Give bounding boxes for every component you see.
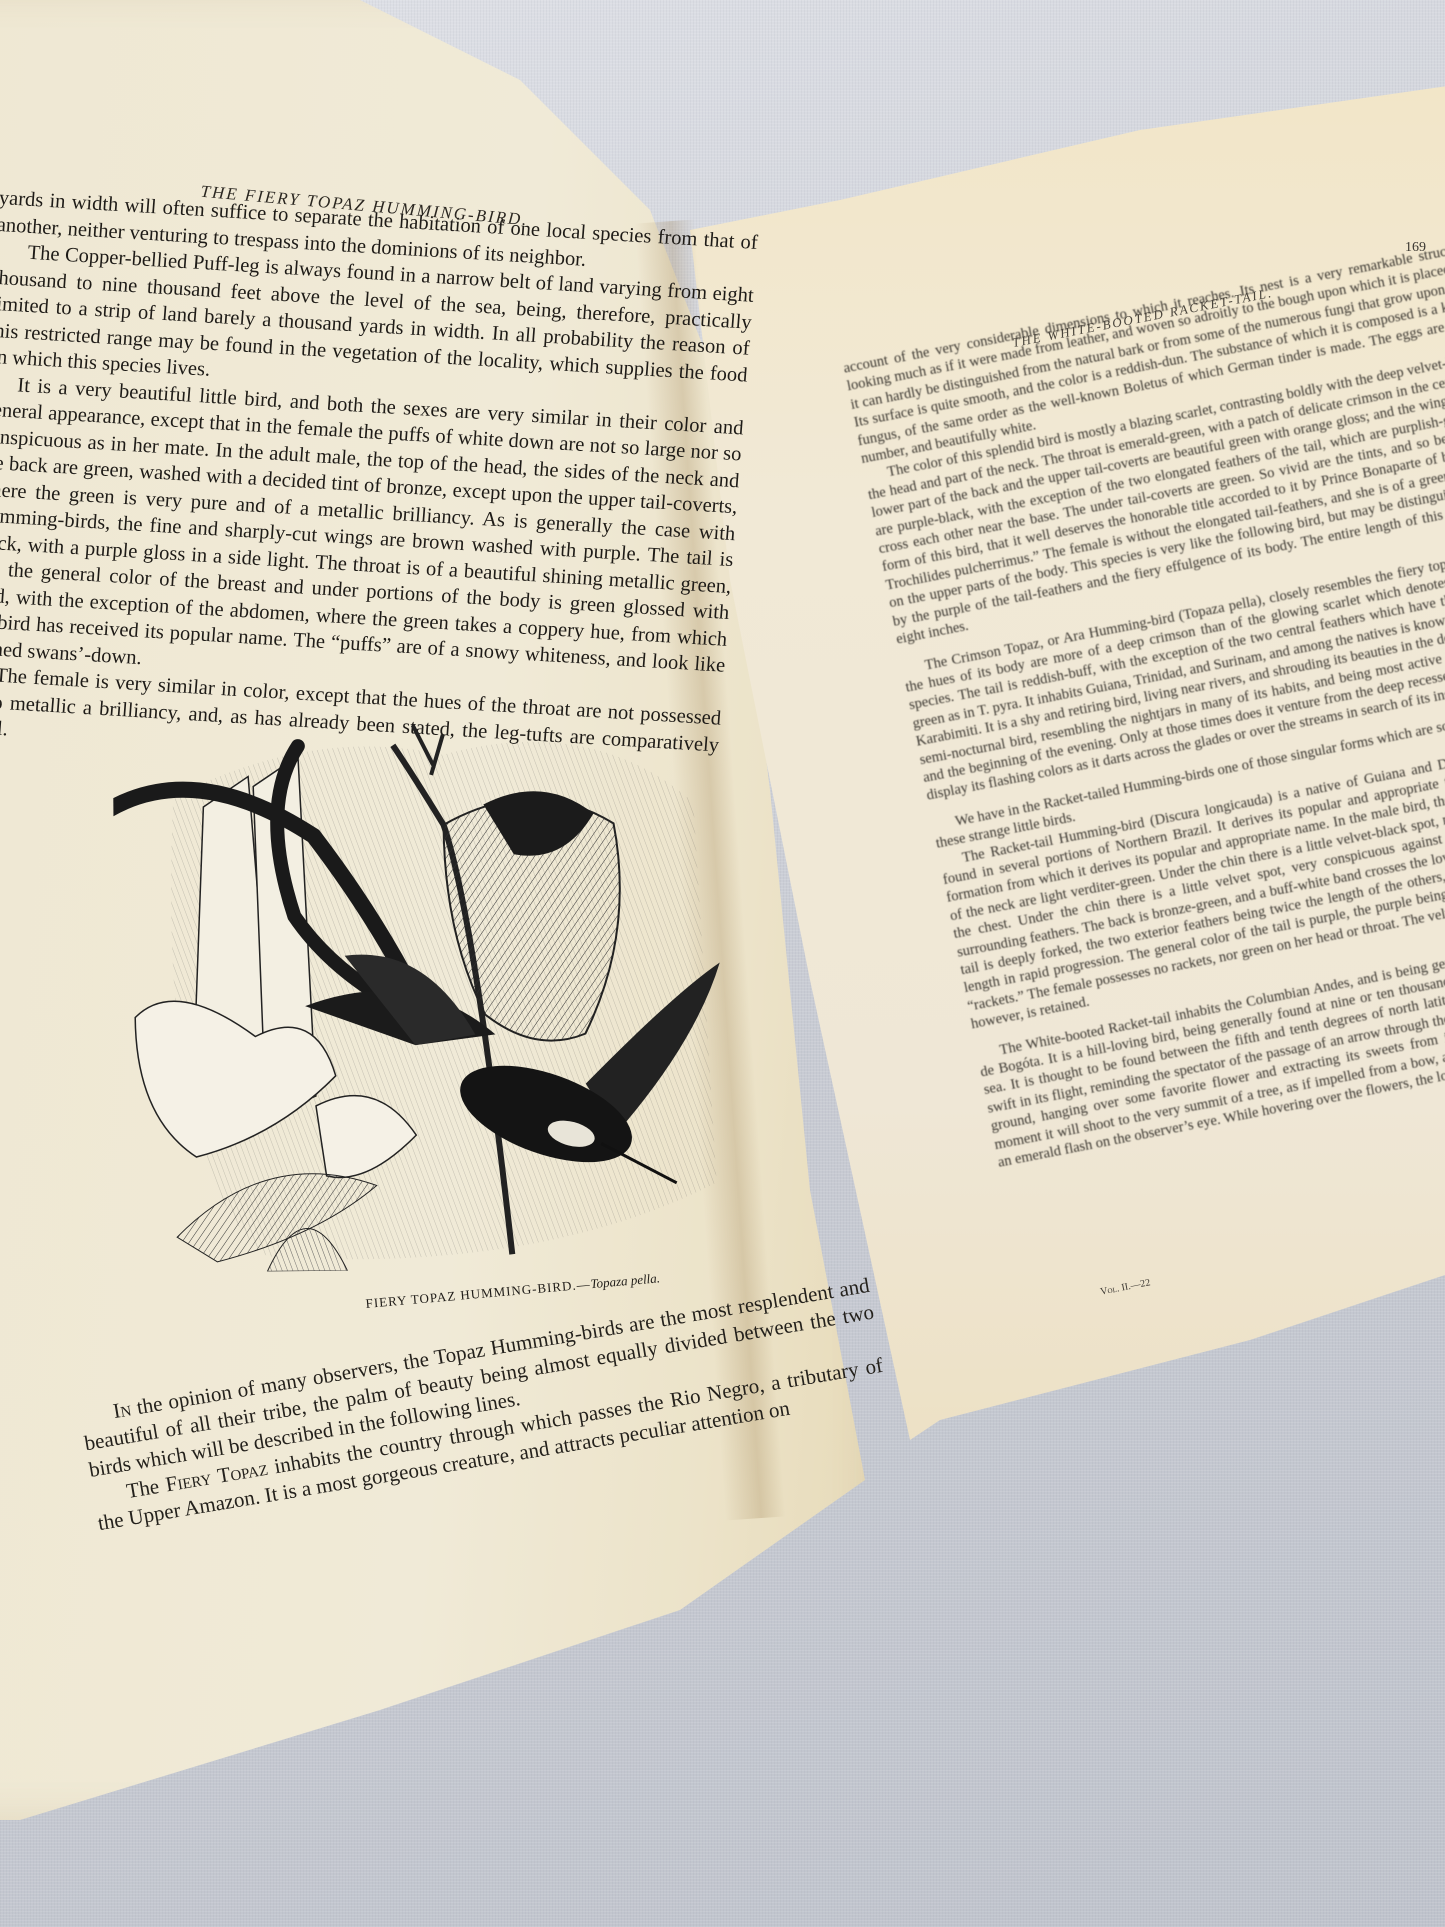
- paragraph-pre: The: [125, 1473, 168, 1503]
- left-upper-text: yards in width will often suffice to sep…: [0, 185, 759, 785]
- hummingbird-engraving: [113, 712, 743, 1272]
- paragraph: It is a very beautiful little bird, and …: [0, 370, 744, 706]
